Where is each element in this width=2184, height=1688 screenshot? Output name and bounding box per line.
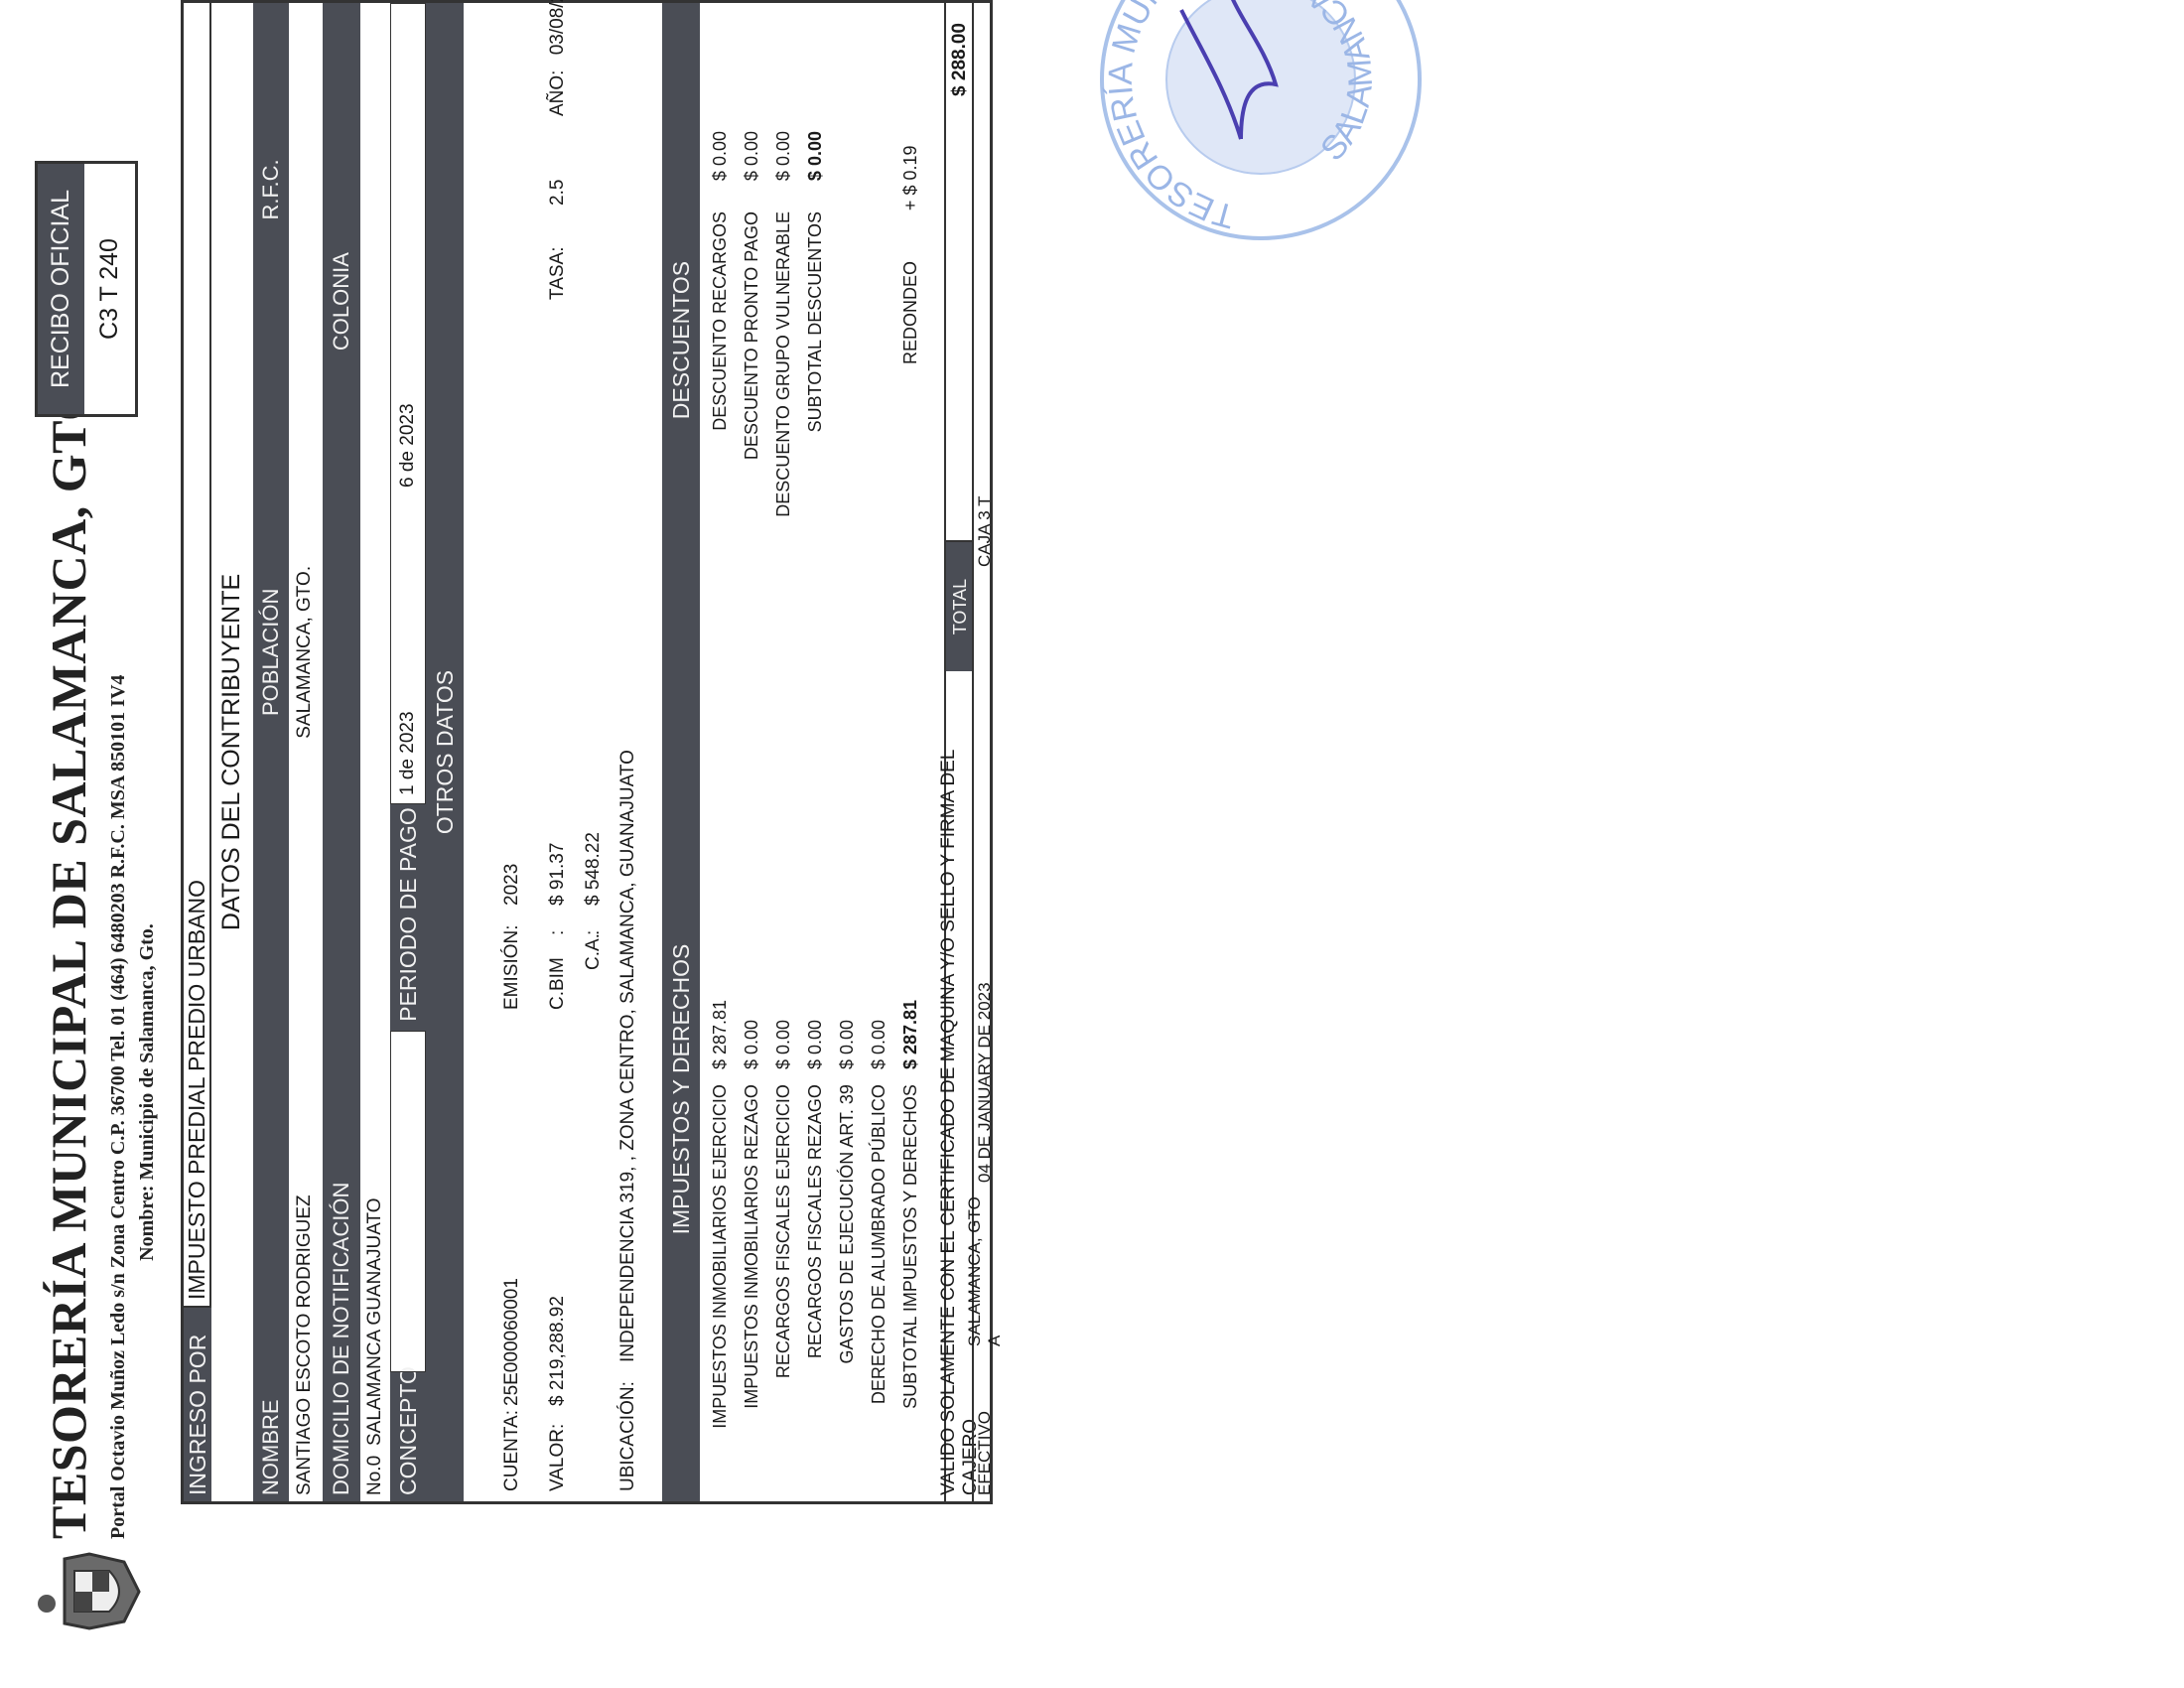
- line-item-amount: $ 0.00: [869, 1020, 889, 1069]
- receipt-table: INGRESO POR IMPUESTO PREDIAL PREDIO URBA…: [181, 0, 993, 1504]
- cashier-box: CAJA 3 T: [975, 3, 995, 686]
- treasury-seal-stamp-icon: TESORERÍA MUNICIPAL SALAMANCA, GTO.: [1092, 0, 1430, 248]
- line-item-label: RECARGOS FISCALES EJERCICIO: [773, 1084, 794, 1378]
- nombre-value: SANTIAGO ESCOTO RODRIGUEZ: [294, 928, 316, 1501]
- ca-sep: :: [583, 930, 605, 935]
- line-item-label: IMPUESTOS INMOBILIARIOS EJERCICIO: [710, 1084, 731, 1429]
- colonia-label: COLONIA: [329, 3, 354, 600]
- ca-label: C.A.: [583, 933, 605, 970]
- domicilio-header-row: DOMICILIO DE NOTIFICACIÓN COLONIA: [323, 3, 360, 1501]
- contribuyente-header-row: NOMBRE POBLACIÓN R.F.C.: [253, 3, 289, 1501]
- issuer-name: Nombre: Municipio de Salamanca, Gto.: [136, 655, 159, 1529]
- valor-label: VALOR:: [547, 1424, 569, 1491]
- otros-datos-header: OTROS DATOS: [426, 3, 464, 1501]
- impuestos-subtotal-label: SUBTOTAL IMPUESTOS Y DERECHOS: [900, 1084, 921, 1409]
- line-item: IMPUESTOS INMOBILIARIOS REZAGO$ 0.00: [742, 677, 773, 1501]
- municipal-crest-icon: [35, 1549, 144, 1633]
- valor-value: $ 219,288.92: [547, 1296, 569, 1406]
- domicilio-value-row: No.0 SALAMANCA GUANAJUATO: [360, 3, 390, 1501]
- line-item-label: DESCUENTO PRONTO PAGO: [742, 211, 762, 460]
- domicilio-label: DOMICILIO DE NOTIFICACIÓN: [329, 600, 354, 1501]
- payment-date: 04 DE JANUARY DE 2023: [975, 686, 995, 1183]
- line-item: RECARGOS FISCALES REZAGO$ 0.00: [805, 677, 837, 1501]
- line-item: IMPUESTOS INMOBILIARIOS EJERCICIO$ 287.8…: [710, 677, 742, 1501]
- line-item-amount: $ 0.00: [710, 131, 731, 181]
- line-item-amount: $ 0.00: [837, 1020, 858, 1069]
- total-amount: $ 288.00: [946, 3, 974, 542]
- concepto-value: [390, 1031, 426, 1372]
- issuer-title: TESORERÍA MUNICIPAL DE SALAMANCA, GTO.: [40, 369, 97, 1539]
- nombre-label: NOMBRE: [258, 928, 284, 1501]
- poblacion-value: SALAMANCA, GTO.: [294, 376, 316, 928]
- line-item-amount: $ 0.00: [773, 131, 794, 181]
- line-item-label: GASTOS DE EJECUCIÓN ART. 39: [837, 1084, 858, 1363]
- issuer-address: Portal Octavio Muñoz Ledo s/n Zona Centr…: [107, 675, 130, 1539]
- line-item: DESCUENTO GRUPO VULNERABLE$ 0.00: [773, 3, 805, 677]
- ubicacion-value: INDEPENDENCIA 319, , ZONA CENTRO, SALAMA…: [617, 750, 639, 1362]
- concepto-label: CONCEPTO: [390, 1372, 426, 1501]
- receipt-label: RECIBO OFICIAL: [38, 164, 84, 414]
- impuestos-title: IMPUESTOS Y DERECHOS: [668, 677, 695, 1501]
- line-item: DESCUENTO RECARGOS$ 0.00: [710, 3, 742, 677]
- impuestos-subtotal-amount: $ 287.81: [900, 1000, 921, 1069]
- contribuyente-value-row: SANTIAGO ESCOTO RODRIGUEZ SALAMANCA, GTO…: [289, 3, 321, 1501]
- line-item-label: DERECHO DE ALUMBRADO PÚBLICO: [869, 1084, 889, 1404]
- otros-datos-body: CUENTA: 25E000060001 EMISIÓN: 2023 VALOR…: [464, 3, 647, 1501]
- line-item-label: IMPUESTOS INMOBILIARIOS REZAGO: [742, 1084, 762, 1409]
- rfc-label: R.F.C.: [258, 3, 284, 376]
- contribuyente-title-row: DATOS DEL CONTRIBUYENTE: [211, 3, 251, 1501]
- payment-row: EFECTIVO SALAMANCA, GTO A 04 DE JANUARY …: [972, 3, 996, 1501]
- line-item-label: DESCUENTO RECARGOS: [710, 211, 731, 431]
- descuentos-title: DESCUENTOS: [668, 3, 695, 677]
- ingreso-value: IMPUESTO PREDIAL PREDIO URBANO: [184, 3, 211, 1308]
- descuentos-subtotal-amount: $ 0.00: [805, 131, 826, 181]
- emision-label: EMISIÓN:: [501, 924, 523, 1010]
- ingreso-label: INGRESO POR: [184, 1308, 211, 1501]
- payment-place: SALAMANCA, GTO A: [965, 1183, 1005, 1346]
- descuentos-subtotal: SUBTOTAL DESCUENTOS$ 0.00: [805, 3, 837, 677]
- anio-label: AÑO:: [547, 70, 568, 116]
- redondeo-row: REDONDEO+ $ 0.19: [900, 3, 932, 677]
- line-item: DERECHO DE ALUMBRADO PÚBLICO$ 0.00: [869, 677, 900, 1501]
- cbim-label: C.BIM: [547, 957, 569, 1010]
- cbim-value: $ 91.37: [547, 843, 569, 906]
- line-item-amount: $ 0.00: [742, 131, 762, 181]
- cuenta-value: 25E000060001: [501, 1278, 523, 1406]
- line-item-amount: $ 0.00: [805, 1020, 826, 1069]
- line-item-label: RECARGOS FISCALES REZAGO: [805, 1084, 826, 1358]
- receipt-number: C3 T 240: [84, 164, 135, 414]
- tasa-label: TASA:: [547, 247, 569, 301]
- line-item: RECARGOS FISCALES EJERCICIO$ 0.00: [773, 677, 805, 1501]
- numero-value: No.0: [364, 1446, 386, 1501]
- otros-datos-title: OTROS DATOS: [432, 670, 459, 834]
- line-item: GASTOS DE EJECUCIÓN ART. 39$ 0.00: [837, 677, 869, 1501]
- line-item-label: DESCUENTO GRUPO VULNERABLE: [773, 211, 794, 517]
- ca-value: $ 548.22: [583, 832, 605, 906]
- line-item-amount: $ 287.81: [710, 1000, 731, 1069]
- payment-method: EFECTIVO: [975, 1346, 995, 1501]
- line-item-amount: $ 0.00: [773, 1020, 794, 1069]
- anio-value: 03/08/2011 SJP: [547, 0, 568, 55]
- concepto-row: CONCEPTO PERIODO DE PAGO 1 de 2023 6 de …: [390, 3, 426, 1501]
- official-receipt-box: RECIBO OFICIAL C3 T 240: [35, 161, 138, 417]
- domicilio-value: SALAMANCA GUANAJUATO: [364, 636, 386, 1446]
- receipt-page: TESORERÍA MUNICIPAL DE SALAMANCA, GTO. P…: [0, 0, 2184, 1688]
- ingreso-row: INGRESO POR IMPUESTO PREDIAL PREDIO URBA…: [184, 3, 211, 1501]
- descuentos-subtotal-label: SUBTOTAL DESCUENTOS: [805, 211, 826, 432]
- emision-value: 2023: [501, 864, 523, 906]
- total-label: TOTAL: [946, 542, 974, 671]
- line-item-amount: $ 0.00: [742, 1020, 762, 1069]
- impuestos-descuentos-header: IMPUESTOS Y DERECHOS DESCUENTOS: [662, 3, 700, 1501]
- cbim-sep: :: [547, 930, 569, 935]
- periodo-label: PERIODO DE PAGO: [390, 804, 426, 1031]
- anio-field: AÑO: 03/08/2011 SJP: [547, 0, 569, 116]
- periodo-to: 6 de 2023: [397, 403, 419, 567]
- cuenta-label: CUENTA:: [501, 1410, 523, 1491]
- contribuyente-title: DATOS DEL CONTRIBUYENTE: [217, 3, 246, 1501]
- redondeo-amount: + $ 0.19: [900, 146, 921, 211]
- impuestos-subtotal: SUBTOTAL IMPUESTOS Y DERECHOS$ 287.81: [900, 677, 932, 1501]
- periodo-value: 1 de 2023 6 de 2023: [390, 3, 426, 804]
- validez-text: VALIDO SOLAMENTE CON EL CERTIFICADO DE M…: [946, 671, 974, 1501]
- redondeo-label: REDONDEO: [900, 261, 921, 364]
- tasa-value: 2.5: [547, 180, 569, 206]
- ubicacion-label: UBICACIÓN:: [617, 1381, 639, 1491]
- poblacion-label: POBLACIÓN: [258, 376, 284, 928]
- periodo-from: 1 de 2023: [397, 567, 419, 803]
- line-item: DESCUENTO PRONTO PAGO$ 0.00: [742, 3, 773, 677]
